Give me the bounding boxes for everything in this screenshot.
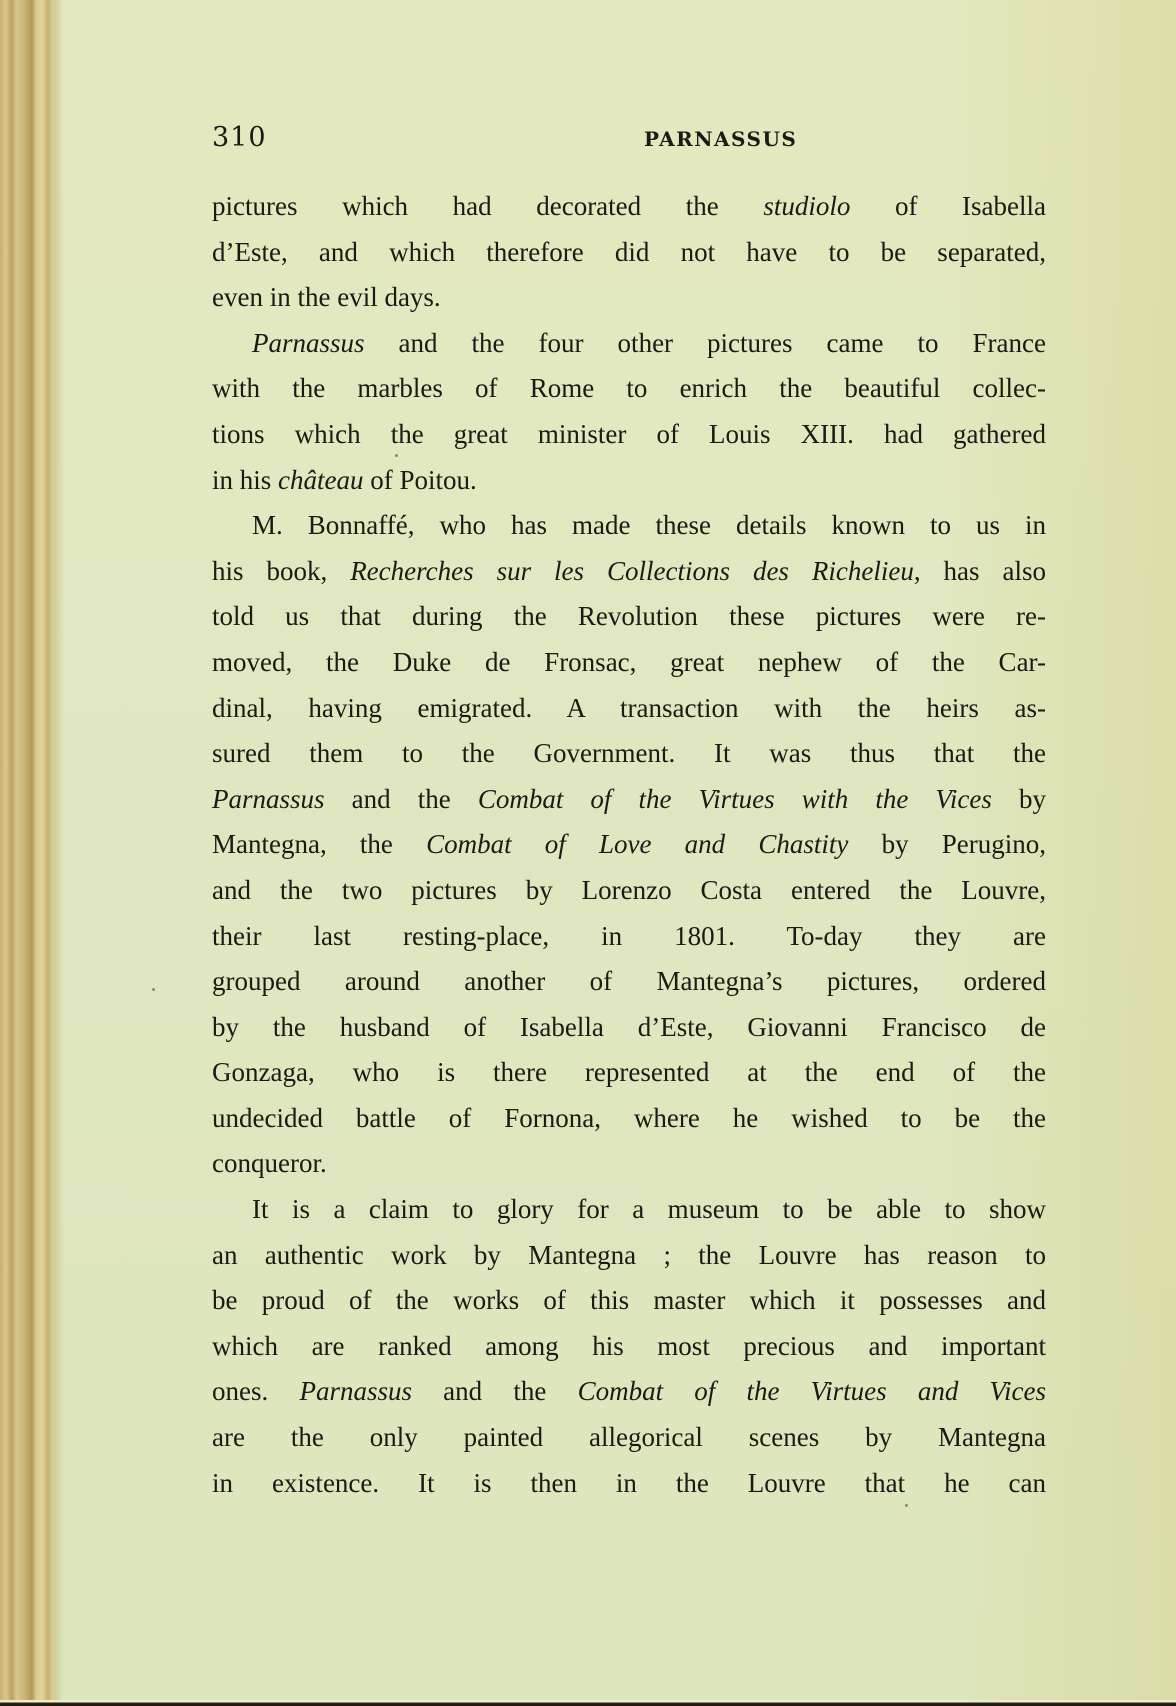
roman-text: are the only painted allegorical scenes … bbox=[212, 1422, 1046, 1452]
roman-text: ones. bbox=[212, 1376, 299, 1406]
book-page: 310 PARNASSUS pictures which had decorat… bbox=[0, 0, 1176, 1706]
roman-text: his book, bbox=[212, 556, 350, 586]
text-line: which are ranked among his most precious… bbox=[212, 1324, 1046, 1370]
text-line: moved, the Duke de Fronsac, great nephew… bbox=[212, 640, 1046, 686]
text-line: and the two pictures by Lorenzo Costa en… bbox=[212, 868, 1046, 914]
roman-text: pictures which had decorated the bbox=[212, 191, 763, 221]
italic-title-text: Parnassus bbox=[252, 328, 365, 358]
paragraph-first-line: M. Bonnaffé, who has made these details … bbox=[212, 503, 1046, 549]
roman-text: , has also bbox=[914, 556, 1046, 586]
paragraph-first-line: It is a claim to glory for a museum to b… bbox=[212, 1187, 1046, 1233]
paragraph-first-line: Parnassus and the four other pictures ca… bbox=[212, 321, 1046, 367]
roman-text: moved, the Duke de Fronsac, great nephew… bbox=[212, 647, 1046, 677]
roman-text: and the bbox=[412, 1376, 578, 1406]
roman-text: d’Este, and which therefore did not have… bbox=[212, 237, 1046, 267]
roman-text: and the bbox=[325, 784, 478, 814]
roman-text: It is a claim to glory for a museum to b… bbox=[252, 1194, 1046, 1224]
paragraph-last-line: even in the evil days. bbox=[212, 275, 1046, 321]
running-head: 310 PARNASSUS bbox=[212, 118, 1052, 158]
roman-text: in his bbox=[212, 465, 278, 495]
roman-text: and the four other pictures came to Fran… bbox=[365, 328, 1046, 358]
roman-text: by bbox=[992, 784, 1046, 814]
text-line: are the only painted allegorical scenes … bbox=[212, 1415, 1046, 1461]
text-line: pictures which had decorated the studiol… bbox=[212, 184, 1046, 230]
roman-text: dinal, having emigrated. A transaction w… bbox=[212, 693, 1046, 723]
roman-text: by Perugino, bbox=[848, 829, 1046, 859]
roman-text: their last resting-place, in 1801. To-da… bbox=[212, 921, 1046, 951]
body-text: pictures which had decorated the studiol… bbox=[212, 184, 1046, 1506]
text-line: tions which the great minister of Louis … bbox=[212, 412, 1046, 458]
paper-speck bbox=[395, 454, 398, 457]
text-line: his book, Recherches sur les Collections… bbox=[212, 549, 1046, 595]
paper-speck bbox=[152, 988, 155, 991]
roman-text: sured them to the Government. It was thu… bbox=[212, 738, 1046, 768]
roman-text: Gonzaga, who is there represented at the… bbox=[212, 1057, 1046, 1087]
roman-text: even in the evil days. bbox=[212, 282, 441, 312]
text-line: dinal, having emigrated. A transaction w… bbox=[212, 686, 1046, 732]
text-line: told us that during the Revolution these… bbox=[212, 594, 1046, 640]
roman-text: tions which the great minister of Louis … bbox=[212, 419, 1046, 449]
roman-text: an authentic work by Mantegna ; the Louv… bbox=[212, 1240, 1046, 1270]
text-line: Parnassus and the Combat of the Virtues … bbox=[212, 777, 1046, 823]
text-line: by the husband of Isabella d’Este, Giova… bbox=[212, 1005, 1046, 1051]
text-line: grouped around another of Mantegna’s pic… bbox=[212, 959, 1046, 1005]
text-line: in existence. It is then in the Louvre t… bbox=[212, 1461, 1046, 1507]
roman-text: of Poitou. bbox=[364, 465, 477, 495]
text-line: with the marbles of Rome to enrich the b… bbox=[212, 366, 1046, 412]
italic-title-text: Recherches sur les Collections des Riche… bbox=[350, 556, 914, 586]
roman-text: told us that during the Revolution these… bbox=[212, 601, 1046, 631]
italic-title-text: Parnassus bbox=[212, 784, 325, 814]
paragraph-last-line: conqueror. bbox=[212, 1141, 1046, 1187]
roman-text: be proud of the works of this master whi… bbox=[212, 1285, 1046, 1315]
running-title: PARNASSUS bbox=[644, 127, 797, 151]
text-line: d’Este, and which therefore did not have… bbox=[212, 230, 1046, 276]
roman-text: M. Bonnaffé, who has made these details … bbox=[252, 510, 1046, 540]
gutter-shadow bbox=[54, 0, 64, 1706]
text-line: their last resting-place, in 1801. To-da… bbox=[212, 914, 1046, 960]
roman-text: grouped around another of Mantegna’s pic… bbox=[212, 966, 1046, 996]
roman-text: which are ranked among his most precious… bbox=[212, 1331, 1046, 1361]
roman-text: conqueror. bbox=[212, 1148, 327, 1178]
page-bottom-edge bbox=[0, 1700, 1176, 1706]
roman-text: with the marbles of Rome to enrich the b… bbox=[212, 373, 1046, 403]
roman-text: Mantegna, the bbox=[212, 829, 426, 859]
page-edges bbox=[0, 0, 54, 1706]
roman-text: undecided battle of Fornona, where he wi… bbox=[212, 1103, 1046, 1133]
roman-text: by the husband of Isabella d’Este, Giova… bbox=[212, 1012, 1046, 1042]
italic-title-text: Parnassus bbox=[299, 1376, 412, 1406]
page-number: 310 bbox=[212, 122, 267, 153]
text-line: undecided battle of Fornona, where he wi… bbox=[212, 1096, 1046, 1142]
italic-title-text: Combat of the Virtues with the Vices bbox=[478, 784, 992, 814]
italic-title-text: Combat of the Virtues and Vices bbox=[578, 1376, 1046, 1406]
text-line: an authentic work by Mantegna ; the Louv… bbox=[212, 1233, 1046, 1279]
text-line: sured them to the Government. It was thu… bbox=[212, 731, 1046, 777]
text-line: Mantegna, the Combat of Love and Chastit… bbox=[212, 822, 1046, 868]
roman-text: of Isabella bbox=[850, 191, 1046, 221]
text-line: Gonzaga, who is there represented at the… bbox=[212, 1050, 1046, 1096]
paragraph-last-line: in his château of Poitou. bbox=[212, 458, 1046, 504]
roman-text: in existence. It is then in the Louvre t… bbox=[212, 1468, 1046, 1498]
italic-title-text: château bbox=[278, 465, 363, 495]
text-line: ones. Parnassus and the Combat of the Vi… bbox=[212, 1369, 1046, 1415]
italic-title-text: studiolo bbox=[763, 191, 850, 221]
paper-speck bbox=[905, 1504, 908, 1507]
roman-text: and the two pictures by Lorenzo Costa en… bbox=[212, 875, 1046, 905]
italic-title-text: Combat of Love and Chastity bbox=[426, 829, 848, 859]
text-line: be proud of the works of this master whi… bbox=[212, 1278, 1046, 1324]
